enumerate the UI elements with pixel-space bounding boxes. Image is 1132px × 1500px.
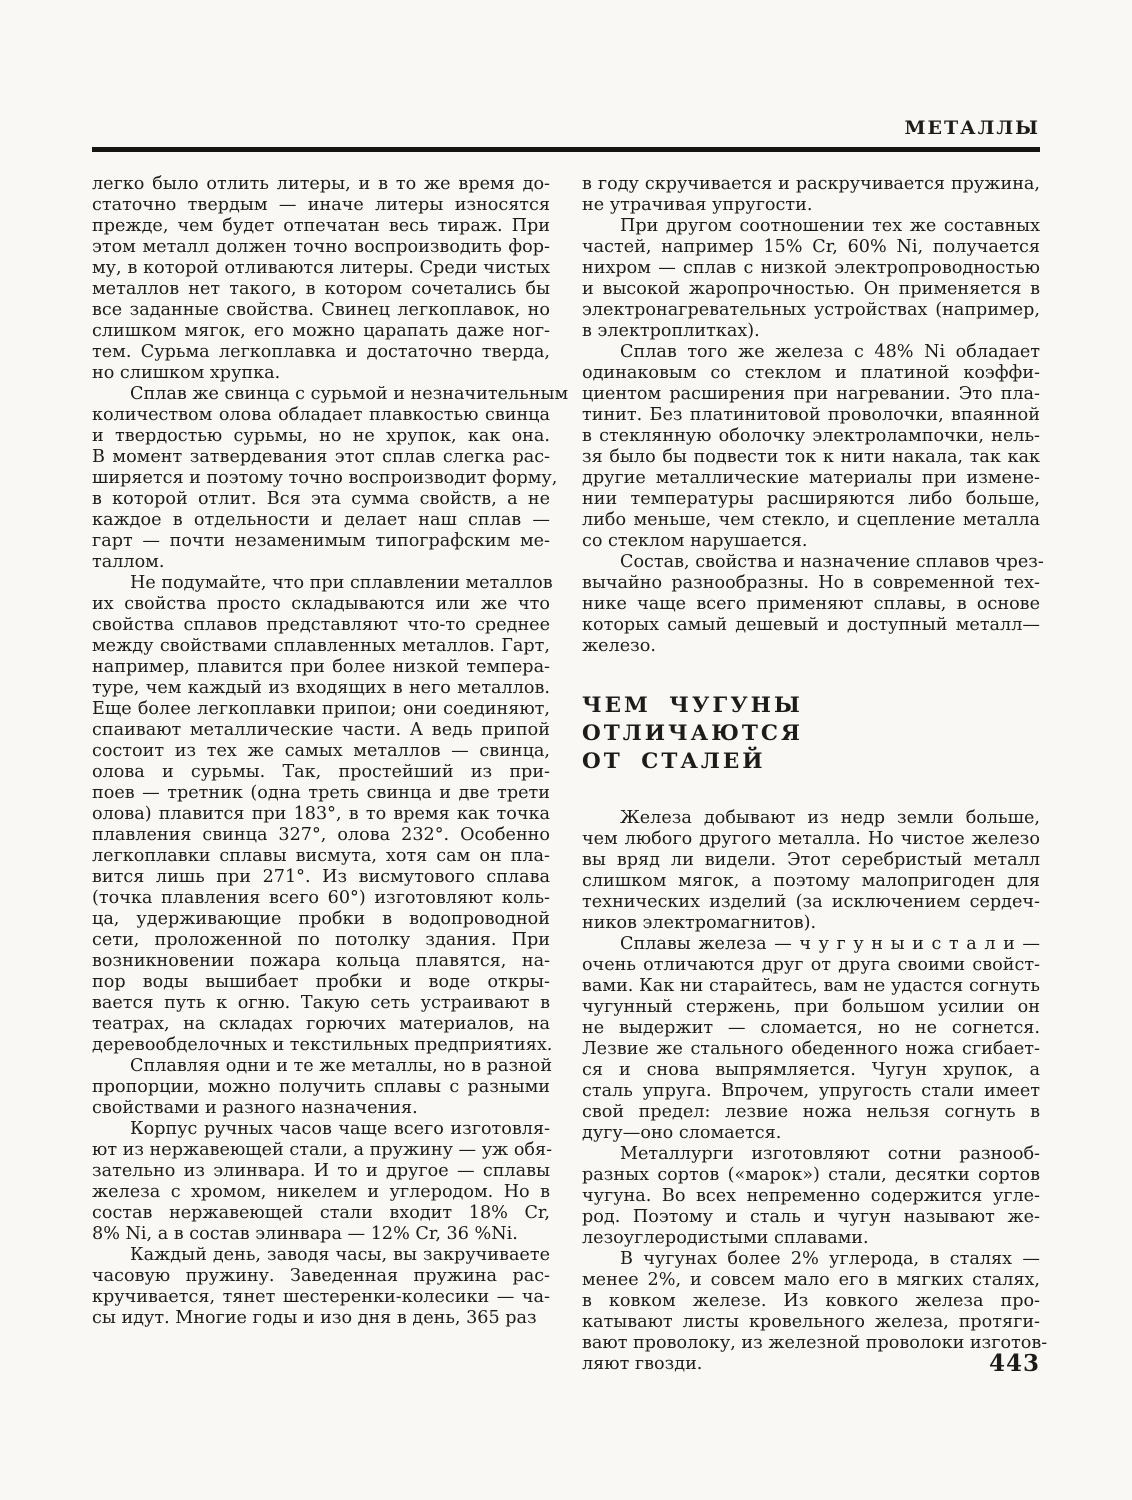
text-line: зательно из элинвара. И то и другое — сп…	[92, 1161, 550, 1182]
paragraph: легко было отлить литеры, и в то же врем…	[92, 174, 550, 384]
text-line: и высокой жаропрочностью. Он применяется…	[582, 279, 1040, 300]
section-heading: ЧЕМ ЧУГУНЫ ОТЛИЧАЮТСЯОТ СТАЛЕЙ	[582, 692, 1040, 776]
text-line: Каждый день, заводя часы, вы закручивает…	[92, 1245, 550, 1266]
text-line: одинаковым со стеклом и платиной коэффи-	[582, 363, 1040, 384]
text-line: гарт — почти незаменимым типографским ме…	[92, 531, 550, 552]
text-line: В момент затвердевания этот сплав слегка…	[92, 447, 550, 468]
text-line: нике чаще всего применяют сплавы, в осно…	[582, 594, 1040, 615]
text-line: металлов нет такого, в котором сочеталис…	[92, 279, 550, 300]
text-line: сы идут. Многие годы и изо дня в день, 3…	[92, 1308, 550, 1329]
text-line: частей, например 15% Cr, 60% Ni, получае…	[582, 237, 1040, 258]
text-line: лезоуглеродистыми сплавами.	[582, 1228, 1040, 1249]
paragraph: Железа добывают из недр земли больше,чем…	[582, 808, 1040, 934]
text-line: тинит. Без платинитовой проволочки, впая…	[582, 405, 1040, 426]
text-line: Сплавы железа — ч у г у н ы и с т а л и …	[582, 934, 1040, 955]
text-line: ся и снова выпрямляется. Чугун хрупок, а	[582, 1060, 1040, 1081]
text-line: разных сортов («марок») стали, десятки с…	[582, 1165, 1040, 1186]
left-column: легко было отлить литеры, и в то же врем…	[92, 174, 550, 1329]
text-line: Не подумайте, что при сплавлении металло…	[92, 573, 550, 594]
text-line: Сплав же свинца с сурьмой и незначительн…	[92, 384, 550, 405]
running-head-title: МЕТАЛЛЫ	[904, 117, 1040, 139]
text-line: легко было отлить литеры, и в то же врем…	[92, 174, 550, 195]
text-line: сталь упруга. Впрочем, упругость стали и…	[582, 1081, 1040, 1102]
paragraph: Сплав того же железа с 48% Ni обладаетод…	[582, 342, 1040, 552]
text-line: прежде, чем будет отпечатан весь тираж. …	[92, 216, 550, 237]
paragraph: Металлурги изготовляют сотни разнооб-раз…	[582, 1144, 1040, 1249]
text-line: возникновении пожара кольца плавятся, на…	[92, 951, 550, 972]
text-line: спаивают металлические части. А ведь при…	[92, 720, 550, 741]
text-line: вается путь к огню. Такую сеть устраиваю…	[92, 993, 550, 1014]
paragraph: Не подумайте, что при сплавлении металло…	[92, 573, 550, 1056]
text-line: туре, чем каждый из входящих в него мета…	[92, 678, 550, 699]
right-column: в году скручивается и раскручивается пру…	[582, 174, 1040, 1375]
paragraph: в году скручивается и раскручивается пру…	[582, 174, 1040, 216]
text-line: чугуна. Во всех непременно содержится уг…	[582, 1186, 1040, 1207]
text-line: каждое в отдельности и делает наш сплав …	[92, 510, 550, 531]
text-line: количеством олова обладает плавкостью св…	[92, 405, 550, 426]
text-line: ширяется и поэтому точно воспроизводит ф…	[92, 468, 550, 489]
text-line: ников электромагнитов).	[582, 913, 1040, 934]
text-line: нихром — сплав с низкой электропроводнос…	[582, 258, 1040, 279]
section-heading-line: ЧЕМ ЧУГУНЫ ОТЛИЧАЮТСЯ	[582, 692, 1040, 748]
text-line: циентом расширения при нагревании. Это п…	[582, 384, 1040, 405]
paragraph: При другом соотношении тех же составныхч…	[582, 216, 1040, 342]
text-line: ца, удерживающие пробки в водопроводной	[92, 909, 550, 930]
text-line: вами. Как ни старайтесь, вам не удастся …	[582, 976, 1040, 997]
text-line: не выдержит — сломается, но не согнется.	[582, 1018, 1040, 1039]
paragraph: Сплав же свинца с сурьмой и незначительн…	[92, 384, 550, 573]
book-page: МЕТАЛЛЫ легко было отлить литеры, и в то…	[0, 0, 1132, 1500]
text-line: 8% Ni, а в состав элинвара — 12% Cr, 36 …	[92, 1224, 550, 1245]
text-line: со стеклом нарушается.	[582, 531, 1040, 552]
text-line: слишком мягок, а поэтому малопригоден дл…	[582, 871, 1040, 892]
text-line: не утрачивая упругости.	[582, 195, 1040, 216]
text-line: свойства сплавов представляют что-то сре…	[92, 615, 550, 636]
paragraph: Сплавляя одни и те же металлы, но в разн…	[92, 1056, 550, 1119]
text-line: ют из нержавеющей стали, а пружину — уж …	[92, 1140, 550, 1161]
text-line: часовую пружину. Заведенная пружина рас-	[92, 1266, 550, 1287]
text-line: состоит из тех же самых металлов — свинц…	[92, 741, 550, 762]
text-line: слишком мягок, его можно царапать даже н…	[92, 321, 550, 342]
text-line: Сплавляя одни и те же металлы, но в разн…	[92, 1056, 550, 1077]
header-rule	[92, 147, 1040, 152]
text-line: либо меньше, чем стекло, и сцепление мет…	[582, 510, 1040, 531]
text-line: Состав, свойства и назначение сплавов чр…	[582, 552, 1040, 573]
text-line: железа с хромом, никелем и углеродом. Но…	[92, 1182, 550, 1203]
text-line: очень отличаются друг от друга своими св…	[582, 955, 1040, 976]
text-line: (точка плавления всего 60°) изготовляют …	[92, 888, 550, 909]
paragraph: Сплавы железа — ч у г у н ы и с т а л и …	[582, 934, 1040, 1144]
text-line: чугунный стержень, при большом усилии он	[582, 997, 1040, 1018]
text-line: В чугунах более 2% углерода, в сталях —	[582, 1249, 1040, 1270]
text-line: этом металл должен точно воспроизводить …	[92, 237, 550, 258]
text-line: нии температуры расширяются либо больше,	[582, 489, 1040, 510]
text-line: состав нержавеющей стали входит 18% Cr,	[92, 1203, 550, 1224]
text-line: все заданные свойства. Свинец легкоплаво…	[92, 300, 550, 321]
text-line: электронагревательных устройствах (напри…	[582, 300, 1040, 321]
text-line: свой предел: лезвие ножа нельзя согнуть …	[582, 1102, 1040, 1123]
text-line: пропорции, можно получить сплавы с разны…	[92, 1077, 550, 1098]
text-line: поев — третник (одна треть свинца и две …	[92, 783, 550, 804]
text-line: Корпус ручных часов чаще всего изготовля…	[92, 1119, 550, 1140]
text-line: олова) плавится при 183°, в то время как…	[92, 804, 550, 825]
section-heading-line: ОТ СТАЛЕЙ	[582, 748, 1040, 776]
text-line: Сплав того же железа с 48% Ni обладает	[582, 342, 1040, 363]
paragraph: Состав, свойства и назначение сплавов чр…	[582, 552, 1040, 657]
text-line: и твердостью сурьмы, но не хрупок, как о…	[92, 426, 550, 447]
text-line: кручивается, тянет шестеренки-колесики —…	[92, 1287, 550, 1308]
text-line: Металлурги изготовляют сотни разнооб-	[582, 1144, 1040, 1165]
text-line: деревообделочных и текстильных предприят…	[92, 1035, 550, 1056]
text-line: плавления свинца 327°, олова 232°. Особе…	[92, 825, 550, 846]
text-line: в ковком железе. Из ковкого железа про-	[582, 1291, 1040, 1312]
text-line: железо.	[582, 636, 1040, 657]
text-line: катывают листы кровельного железа, протя…	[582, 1312, 1040, 1333]
paragraph: Корпус ручных часов чаще всего изготовля…	[92, 1119, 550, 1245]
text-line: Железа добывают из недр земли больше,	[582, 808, 1040, 829]
text-line: но слишком хрупка.	[92, 363, 550, 384]
page-number: 443	[92, 1350, 1040, 1377]
text-line: статочно твердым — иначе литеры износятс…	[92, 195, 550, 216]
text-line: в электроплитках).	[582, 321, 1040, 342]
text-line: в стеклянную оболочку электролампочки, н…	[582, 426, 1040, 447]
text-line: дугу—оно сломается.	[582, 1123, 1040, 1144]
text-line: чем любого другого металла. Но чистое же…	[582, 829, 1040, 850]
text-line: их свойства просто складываются или же ч…	[92, 594, 550, 615]
text-line: свойствами и разного назначения.	[92, 1098, 550, 1119]
text-line: в году скручивается и раскручивается пру…	[582, 174, 1040, 195]
text-line: например, плавится при более низкой темп…	[92, 657, 550, 678]
text-line: Еще более легкоплавки припои; они соедин…	[92, 699, 550, 720]
text-line: му, в которой отливаются литеры. Среди ч…	[92, 258, 550, 279]
text-line: олова и сурьмы. Так, простейший из при-	[92, 762, 550, 783]
text-line: таллом.	[92, 552, 550, 573]
text-line: вится лишь при 271°. Из висмутового спла…	[92, 867, 550, 888]
text-line: легкоплавки сплавы висмута, хотя сам он …	[92, 846, 550, 867]
text-line: технических изделий (за исключением серд…	[582, 892, 1040, 913]
text-line: которых самый дешевый и доступный металл…	[582, 615, 1040, 636]
text-line: театрах, на складах горючих материалов, …	[92, 1014, 550, 1035]
text-line: вы вряд ли видели. Этот серебристый мета…	[582, 850, 1040, 871]
running-head: МЕТАЛЛЫ	[92, 117, 1040, 139]
text-line: зя было бы подвести ток к нити накала, т…	[582, 447, 1040, 468]
text-line: тем. Сурьма легкоплавка и достаточно тве…	[92, 342, 550, 363]
text-line: другие металлические материалы при измен…	[582, 468, 1040, 489]
text-line: При другом соотношении тех же составных	[582, 216, 1040, 237]
text-line: вычайно разнообразны. Но в современной т…	[582, 573, 1040, 594]
text-line: пор воды вышибает пробки и воде откры-	[92, 972, 550, 993]
text-line: Лезвие же стального обеденного ножа сгиб…	[582, 1039, 1040, 1060]
text-line: в которой отлит. Вся эта сумма свойств, …	[92, 489, 550, 510]
text-line: менее 2%, и совсем мало его в мягких ста…	[582, 1270, 1040, 1291]
text-line: род. Поэтому и сталь и чугун называют же…	[582, 1207, 1040, 1228]
paragraph: Каждый день, заводя часы, вы закручивает…	[92, 1245, 550, 1329]
text-line: между свойствами сплавленных металлов. Г…	[92, 636, 550, 657]
text-line: сети, проложенной по потолку здания. При	[92, 930, 550, 951]
